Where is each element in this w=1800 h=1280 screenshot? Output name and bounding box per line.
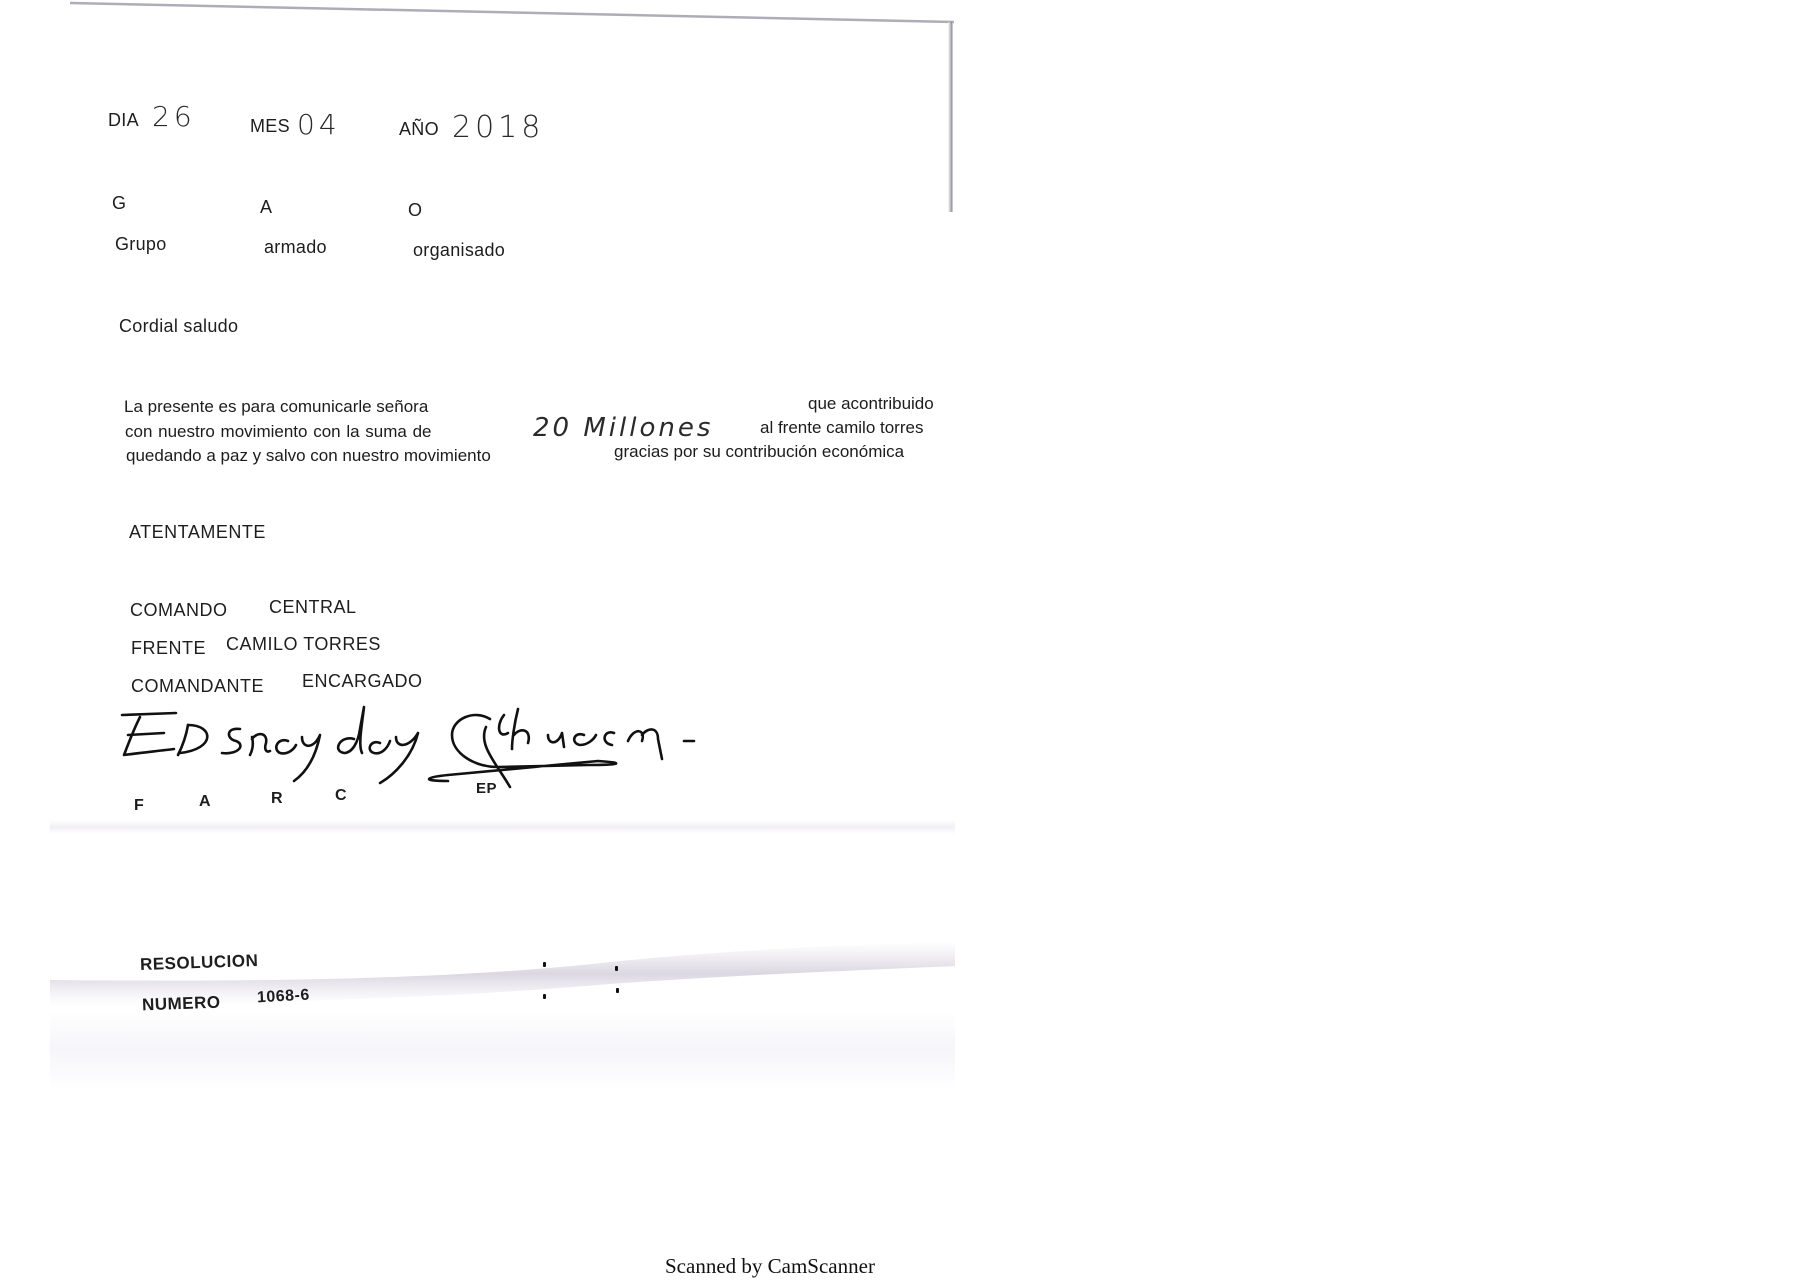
acronym-letter-o: O [408, 200, 422, 221]
comando-value: CENTRAL [269, 597, 357, 618]
numero-value: 1068-6 [257, 987, 311, 1008]
numero-label: NUMERO [142, 993, 221, 1016]
ink-speck [615, 966, 618, 971]
body-line2-left: con nuestro movimiento con la suma de [125, 422, 432, 442]
handwritten-signature [118, 705, 738, 799]
body-line3-right: gracias por su contribución económica [614, 442, 904, 462]
page-right-edge-shadow [948, 22, 953, 212]
acronym-word-organisado: organisado [413, 240, 505, 261]
body-line3-left: quedando a paz y salvo con nuestro movim… [126, 446, 491, 466]
acronym-letter-a: A [260, 197, 272, 218]
acronym-word-grupo: Grupo [115, 234, 167, 255]
anio-label: AÑO [399, 119, 439, 140]
org-suffix: EP [476, 780, 497, 797]
camscanner-watermark: Scanned by CamScanner [665, 1254, 875, 1279]
resolution-label: RESOLUCION [140, 951, 259, 975]
body-line1-right: que acontribuido [808, 394, 934, 414]
org-letter-c: C [335, 787, 347, 805]
greeting: Cordial saludo [119, 316, 238, 337]
mes-label: MES [250, 116, 290, 137]
comandante-value: ENCARGADO [302, 671, 423, 692]
ink-speck [543, 994, 546, 999]
ink-speck [616, 988, 619, 993]
body-line2-right: al frente camilo torres [760, 418, 923, 438]
mes-value: 04 [297, 108, 341, 141]
anio-value: 2018 [452, 110, 544, 145]
frente-value: CAMILO TORRES [226, 634, 381, 655]
dia-label: DIA [108, 110, 139, 131]
acronym-letter-g: G [112, 193, 126, 214]
contribution-amount: 20 Millones [533, 413, 713, 443]
frente-label: FRENTE [131, 638, 206, 659]
comando-label: COMANDO [130, 600, 228, 621]
dia-value: 26 [152, 100, 196, 133]
org-letter-f: F [134, 797, 144, 815]
closing: ATENTAMENTE [129, 522, 266, 543]
ink-speck [543, 962, 546, 967]
body-line1-left: La presente es para comunicarle señora [124, 397, 428, 417]
org-letter-a: A [199, 793, 211, 811]
comandante-label: COMANDANTE [131, 676, 264, 697]
org-letter-r: R [271, 790, 283, 808]
page-top-edge [70, 0, 954, 26]
acronym-word-armado: armado [264, 237, 327, 258]
